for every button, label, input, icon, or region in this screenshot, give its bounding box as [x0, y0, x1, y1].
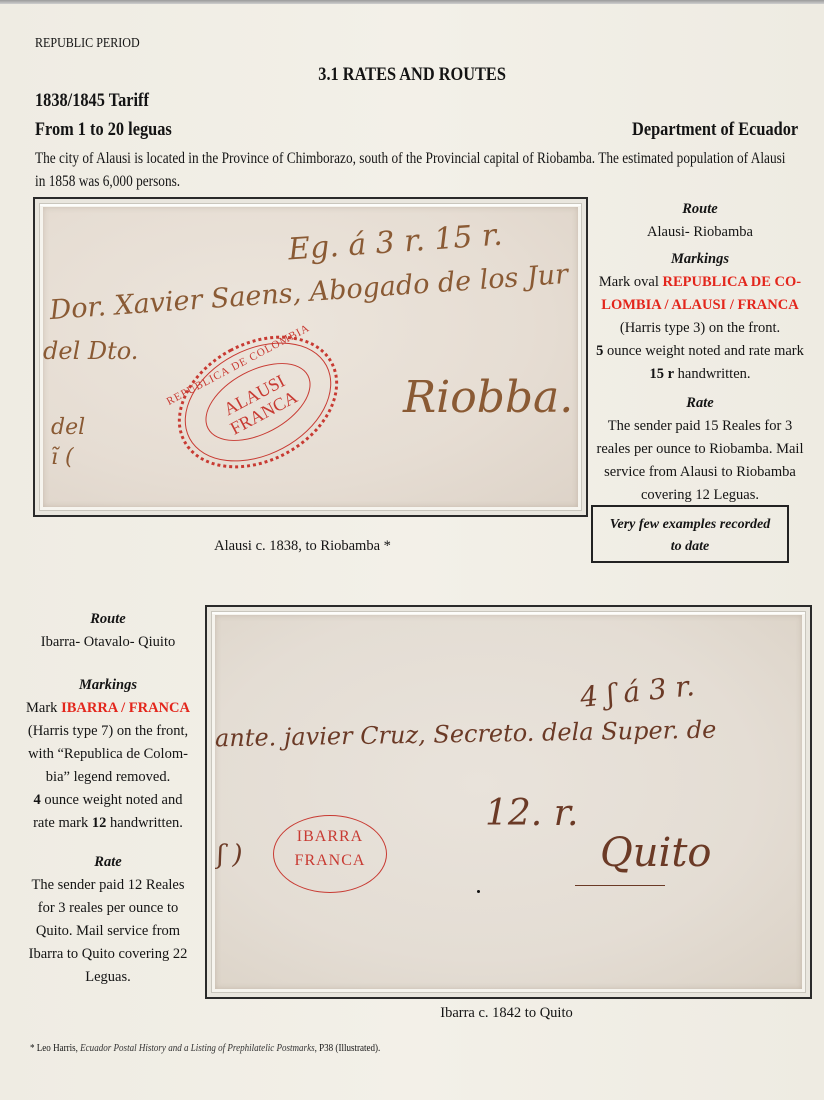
ink-dot [477, 890, 480, 893]
route-text: Alausi- Riobamba [590, 221, 810, 244]
page-title: 3.1 RATES AND ROUTES [0, 64, 824, 86]
footnote: * Leo Harris, Ecuador Postal History and… [30, 1043, 437, 1054]
cover2-image: 4 ʃ á 3 r. ante. javier Cruz, Secreto. d… [215, 615, 802, 989]
cover2-frame: 4 ʃ á 3 r. ante. javier Cruz, Secreto. d… [205, 605, 812, 999]
markings-text: Mark IBARRA / FRANCA (Harris type 7) on … [10, 697, 206, 835]
cover2-oval-stamp: IBARRA FRANCA [273, 815, 387, 893]
route-text: Ibarra- Otavalo- Qiuito [10, 631, 206, 654]
page-top-edge [0, 0, 824, 4]
cover2-caption: Ibarra c. 1842 to Quito [205, 1005, 808, 1022]
rarity-note-box: Very few examples recorded to date [591, 505, 789, 563]
cover1-destination: Riobba. [403, 372, 573, 423]
cover1-description: Route Alausi- Riobamba Markings Mark ova… [590, 198, 810, 507]
cover1-margin-mark: ĩ ( [51, 445, 74, 470]
cover2-destination: Quito [600, 830, 712, 876]
cover2-underline [575, 885, 665, 886]
department-heading: Department of Ecuador [605, 119, 798, 141]
markings-text: Mark oval REPUBLICA DE CO- LOMBIA / ALAU… [590, 271, 810, 386]
rate-text: The sender paid 12 Reales for 3 reales p… [10, 874, 206, 989]
cover1-rate-manuscript: Eg. á 3 r. 15 r. [287, 218, 504, 268]
cover2-rate-manuscript: 4 ʃ á 3 r. [579, 669, 697, 714]
tariff-heading: 1838/1845 Tariff [35, 90, 167, 112]
markings-heading: Markings [10, 674, 206, 697]
route-heading: Route [10, 608, 206, 631]
cover1-margin-note: del [51, 415, 85, 440]
cover2-margin-mark: ʃ ) [217, 840, 242, 870]
cover1-image: Eg. á 3 r. 15 r. Dor. Xavier Saens, Abog… [43, 207, 578, 507]
intro-paragraph: The city of Alausi is located in the Pro… [35, 147, 824, 193]
period-label: REPUBLIC PERIOD [35, 36, 157, 52]
cover1-oval-stamp: REPUBLICA DE COLOMBIA ALAUSI FRANCA [155, 309, 361, 495]
cover2-address-line: ante. javier Cruz, Secreto. dela Super. … [215, 716, 717, 753]
rate-heading: Rate [10, 851, 206, 874]
rate-text: The sender paid 15 Reales for 3 reales p… [590, 415, 810, 507]
rate-heading: Rate [590, 392, 810, 415]
route-heading: Route [590, 198, 810, 221]
cover2-rate-mark: 12. r. [485, 793, 578, 834]
cover1-caption: Alausi c. 1838, to Riobamba * [0, 538, 605, 555]
cover1-frame: Eg. á 3 r. 15 r. Dor. Xavier Saens, Abog… [33, 197, 588, 517]
cover2-description: Route Ibarra- Otavalo- Qiuito Markings M… [10, 608, 206, 989]
cover1-address-line2: del Dto. [43, 337, 138, 365]
markings-heading: Markings [590, 248, 810, 271]
distance-heading: From 1 to 20 leguas [35, 119, 194, 141]
